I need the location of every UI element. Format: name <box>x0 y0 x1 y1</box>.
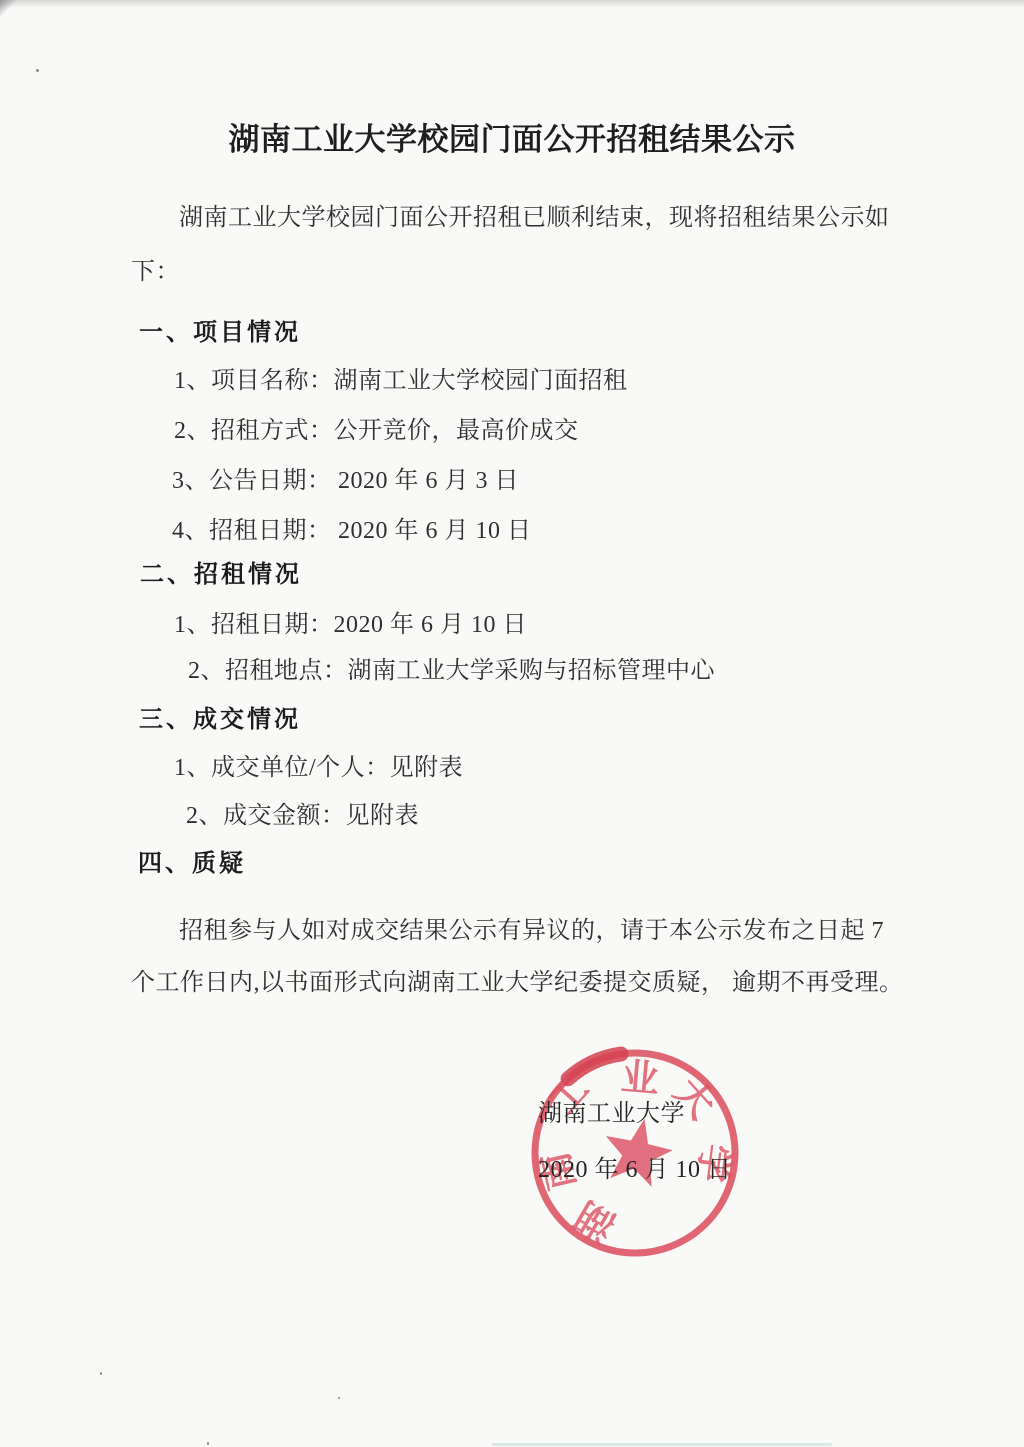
section-heading-2: 二、招租情况 <box>140 562 302 589</box>
seal-character: 业 <box>619 1056 661 1101</box>
intro-line-1: 湖南工业大学校园门面公开招租已顺利结束，现将招租结果公示如 <box>179 205 890 232</box>
signature-org: 湖南工业大学 <box>538 1101 685 1128</box>
signature-date: 2020 年 6 月 10 日 <box>538 1157 732 1184</box>
official-seal: 湖 南 工 业 大 学 <box>525 1043 745 1263</box>
intro-line-2: 下： <box>131 259 180 286</box>
list-item: 1、成交单位/个人：见附表 <box>174 755 463 782</box>
list-item: 2、成交金额：见附表 <box>186 803 419 830</box>
list-item: 4、招租日期： 2020 年 6 月 10 日 <box>172 518 532 545</box>
scan-corner-artifact <box>0 0 16 18</box>
document-title: 湖南工业大学校园门面公开招租结果公示 <box>0 122 1024 158</box>
list-item: 2、招租地点：湖南工业大学采购与招标管理中心 <box>188 658 715 685</box>
list-item: 2、招租方式：公开竞价，最高价成交 <box>174 418 579 445</box>
scan-edge-artifact <box>0 0 1024 8</box>
scan-speck <box>100 1372 102 1375</box>
objection-line-1: 招租参与人如对成交结果公示有异议的，请于本公示发布之日起 7 <box>179 918 884 945</box>
scan-speck <box>338 1397 340 1399</box>
list-item: 1、项目名称：湖南工业大学校园门面招租 <box>174 368 628 395</box>
list-item: 3、公告日期： 2020 年 6 月 3 日 <box>172 468 519 495</box>
section-heading-3: 三、成交情况 <box>139 707 301 734</box>
scan-speck <box>36 69 39 72</box>
seal-ink-smudge <box>568 1054 621 1079</box>
scanned-document-page: 湖南工业大学校园门面公开招租结果公示 湖南工业大学校园门面公开招租已顺利结束，现… <box>0 0 1024 1447</box>
section-heading-1: 一、项目情况 <box>139 320 301 347</box>
objection-line-2: 个工作日内,以书面形式向湖南工业大学纪委提交质疑， 逾期不再受理。 <box>131 970 904 997</box>
list-item: 1、招租日期：2020 年 6 月 10 日 <box>174 612 527 639</box>
section-heading-4: 四、质疑 <box>138 851 246 878</box>
seal-character: 湖 <box>569 1192 623 1247</box>
scan-speck <box>207 1442 209 1445</box>
scan-bottom-artifact <box>492 1443 832 1446</box>
